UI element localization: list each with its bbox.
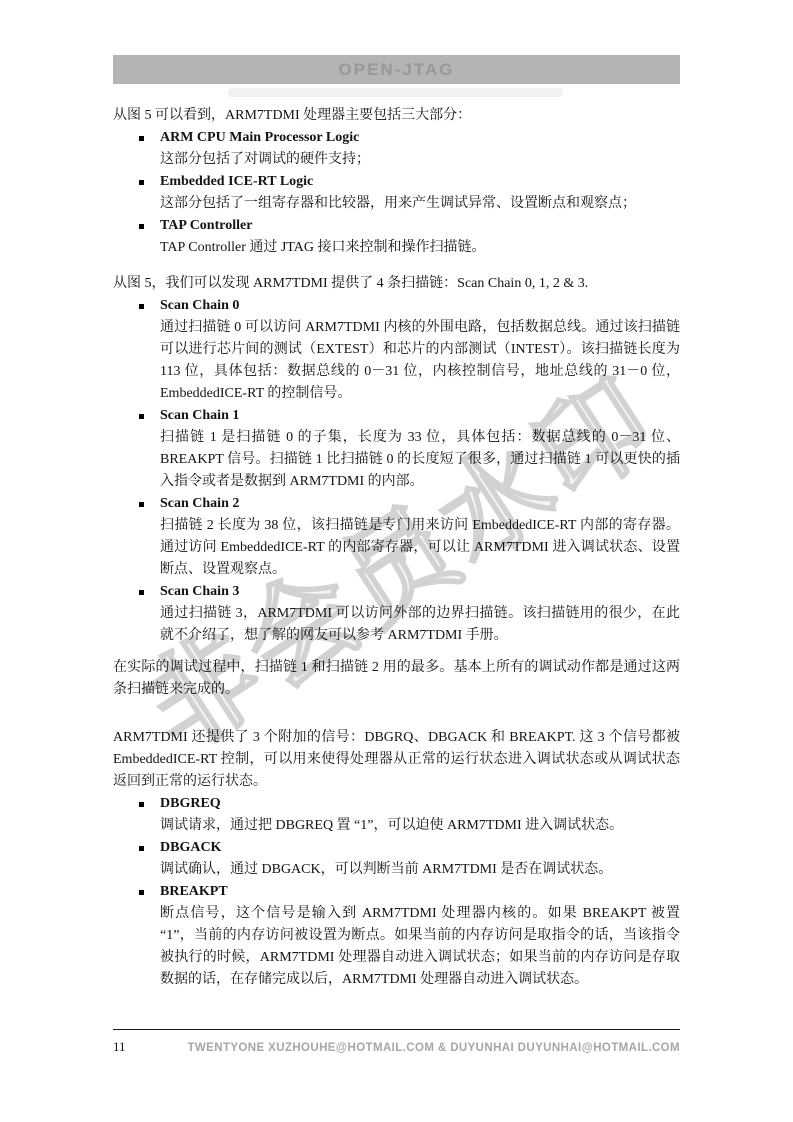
bullet-square-icon	[139, 502, 144, 507]
page-number: 11	[113, 1039, 126, 1055]
footer-divider	[113, 1029, 680, 1030]
bullet-list-signals: DBGREQ 调试请求，通过把 DBGREQ 置 “1”，可以迫使 ARM7TD…	[113, 793, 680, 991]
list-item-title: Scan Chain 0	[160, 295, 680, 317]
list-item-title: BREAKPT	[160, 881, 680, 903]
paragraph-signals: ARM7TDMI 还提供了 3 个附加的信号：DBGRQ、DBGACK 和 BR…	[113, 727, 680, 793]
bullet-square-icon	[139, 224, 144, 229]
bullet-square-icon	[139, 890, 144, 895]
document-page: OPEN-JTAG 非会员水印 从图 5 可以看到，ARM7TDMI 处理器主要…	[0, 0, 793, 1122]
bullet-list-scan-chains: Scan Chain 0 通过扫描链 0 可以访问 ARM7TDMI 内核的外围…	[113, 295, 680, 647]
list-item-body: 这部分包括了对调试的硬件支持；	[160, 149, 680, 171]
list-item-body: 通过扫描链 0 可以访问 ARM7TDMI 内核的外围电路，包括数据总线。通过该…	[160, 317, 680, 405]
list-item: Scan Chain 1 扫描链 1 是扫描链 0 的子集，长度为 33 位，具…	[113, 405, 680, 493]
list-item-body: 断点信号，这个信号是输入到 ARM7TDMI 处理器内核的。如果 BREAKPT…	[160, 903, 680, 991]
list-item: DBGACK 调试确认，通过 DBGACK，可以判断当前 ARM7TDMI 是否…	[113, 837, 680, 881]
bullet-square-icon	[139, 136, 144, 141]
list-item-title: DBGACK	[160, 837, 680, 859]
list-item-body: 扫描链 1 是扫描链 0 的子集，长度为 33 位，具体包括：数据总线的 0－3…	[160, 427, 680, 493]
list-item: Embedded ICE-RT Logic 这部分包括了一组寄存器和比较器，用来…	[113, 171, 680, 215]
paragraph-usage: 在实际的调试过程中，扫描链 1 和扫描链 2 用的最多。基本上所有的调试动作都是…	[113, 657, 680, 701]
banner-title: OPEN-JTAG	[339, 60, 455, 79]
list-item: ARM CPU Main Processor Logic 这部分包括了对调试的硬…	[113, 127, 680, 171]
list-item: Scan Chain 3 通过扫描链 3，ARM7TDMI 可以访问外部的边界扫…	[113, 581, 680, 647]
list-item-title: Scan Chain 3	[160, 581, 680, 603]
bullet-square-icon	[139, 180, 144, 185]
bullet-square-icon	[139, 304, 144, 309]
list-item: BREAKPT 断点信号，这个信号是输入到 ARM7TDMI 处理器内核的。如果…	[113, 881, 680, 991]
scan-artifact	[228, 88, 563, 97]
list-item-title: DBGREQ	[160, 793, 680, 815]
list-item: DBGREQ 调试请求，通过把 DBGREQ 置 “1”，可以迫使 ARM7TD…	[113, 793, 680, 837]
list-item: TAP Controller TAP Controller 通过 JTAG 接口…	[113, 215, 680, 259]
list-item-body: TAP Controller 通过 JTAG 接口来控制和操作扫描链。	[160, 237, 680, 259]
list-item: Scan Chain 0 通过扫描链 0 可以访问 ARM7TDMI 内核的外围…	[113, 295, 680, 405]
list-item-body: 这部分包括了一组寄存器和比较器，用来产生调试异常、设置断点和观察点；	[160, 193, 680, 215]
list-item-title: ARM CPU Main Processor Logic	[160, 127, 680, 149]
paragraph-intro-parts: 从图 5 可以看到，ARM7TDMI 处理器主要包括三大部分：	[113, 105, 680, 127]
document-body: 从图 5 可以看到，ARM7TDMI 处理器主要包括三大部分： ARM CPU …	[113, 105, 680, 991]
list-item-body: 通过扫描链 3，ARM7TDMI 可以访问外部的边界扫描链。该扫描链用的很少，在…	[160, 603, 680, 647]
list-item: Scan Chain 2 扫描链 2 长度为 38 位，该扫描链是专门用来访问 …	[113, 493, 680, 581]
page-header-banner: OPEN-JTAG	[113, 55, 680, 84]
bullet-square-icon	[139, 846, 144, 851]
bullet-square-icon	[139, 414, 144, 419]
list-item-body: 扫描链 2 长度为 38 位，该扫描链是专门用来访问 EmbeddedICE-R…	[160, 515, 680, 581]
list-item-body: 调试确认，通过 DBGACK，可以判断当前 ARM7TDMI 是否在调试状态。	[160, 859, 680, 881]
footer-contact: TWENTYONE XUZHOUHE@HOTMAIL.COM & DUYUNHA…	[187, 1042, 680, 1054]
list-item-title: Scan Chain 2	[160, 493, 680, 515]
paragraph-intro-scanchains: 从图 5，我们可以发现 ARM7TDMI 提供了 4 条扫描链：Scan Cha…	[113, 273, 680, 295]
bullet-square-icon	[139, 802, 144, 807]
list-item-title: TAP Controller	[160, 215, 680, 237]
bullet-list-processor-parts: ARM CPU Main Processor Logic 这部分包括了对调试的硬…	[113, 127, 680, 259]
list-item-title: Embedded ICE-RT Logic	[160, 171, 680, 193]
bullet-square-icon	[139, 590, 144, 595]
list-item-title: Scan Chain 1	[160, 405, 680, 427]
list-item-body: 调试请求，通过把 DBGREQ 置 “1”，可以迫使 ARM7TDMI 进入调试…	[160, 815, 680, 837]
